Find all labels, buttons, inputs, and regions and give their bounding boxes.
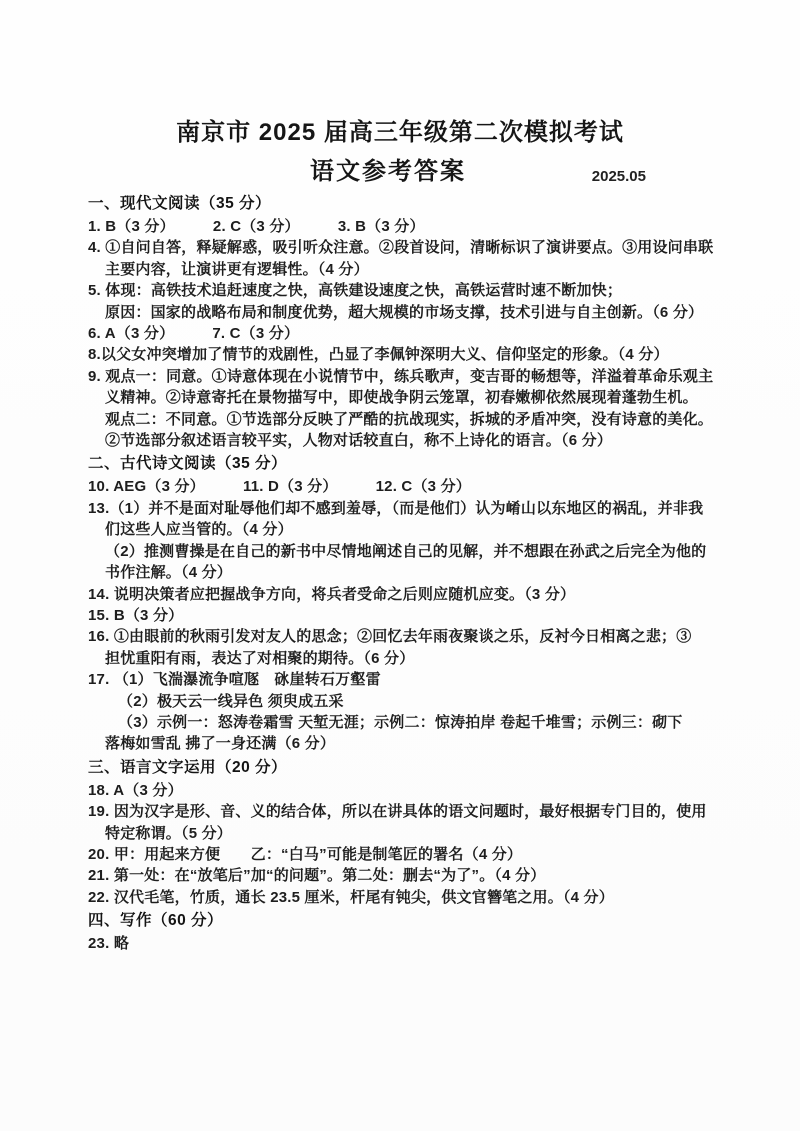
answer-line: 担忧重阳有雨，表达了对相聚的期待。（6 分） — [88, 648, 728, 669]
answer-line: 们这些人应当管的。（4 分） — [88, 519, 728, 540]
answer-line: 19. 因为汉字是形、音、义的结合体，所以在讲具体的语文问题时，最好根据专门目的… — [88, 801, 728, 822]
answer-line: 17. （1）飞湍瀑流争喧豗 砯崖转石万壑雷 — [88, 669, 728, 690]
document-header: 南京市 2025 届高三年级第二次模拟考试 语文参考答案 2025.05 — [88, 0, 712, 185]
answer-line: 6. A（3 分） 7. C（3 分） — [88, 323, 728, 344]
answer-line: 22. 汉代毛笔，竹质，通长 23.5 厘米，杆尾有钝尖，供文官簪笔之用。（4 … — [88, 887, 728, 908]
answer-line: 8.以父女冲突增加了情节的戏剧性，凸显了李佩钟深明大义、信仰坚定的形象。（4 分… — [88, 344, 728, 365]
section-heading: 二、古代诗文阅读（35 分） — [88, 453, 728, 475]
answer-line: 16. ①由眼前的秋雨引发对友人的思念；②回忆去年雨夜聚谈之乐，反衬今日相离之悲… — [88, 626, 728, 647]
answer-line: 主要内容，让演讲更有逻辑性。（4 分） — [88, 259, 728, 280]
answer-line: ②节选部分叙述语言较平实，人物对话较直白，称不上诗化的语言。（6 分） — [88, 430, 728, 451]
answers-body: 一、现代文阅读（35 分）1. B（3 分） 2. C（3 分） 3. B（3 … — [88, 193, 728, 955]
answer-line: （3）示例一：怒涛卷霜雪 天堑无涯；示例二：惊涛拍岸 卷起千堆雪；示例三：砌下 — [88, 712, 728, 733]
answer-line: 13.（1）并不是面对耻辱他们却不感到羞辱，（而是他们）认为崤山以东地区的祸乱，… — [88, 498, 728, 519]
answer-line: 4. ①自问自答，释疑解惑，吸引听众注意。②段首设问，清晰标识了演讲要点。③用设… — [88, 237, 728, 258]
answer-line: 21. 第一处：在“放笔后”加“的问题”。第二处：删去“为了”。（4 分） — [88, 865, 728, 886]
answer-line: 9. 观点一：同意。①诗意体现在小说情节中，练兵歌声，变吉哥的畅想等，洋溢着革命… — [88, 366, 728, 387]
section-heading: 一、现代文阅读（35 分） — [88, 193, 728, 215]
answer-line: （2）推测曹操是在自己的新书中尽情地阐述自己的见解，并不想跟在孙武之后完全为他的 — [88, 541, 728, 562]
answer-line: 23. 略 — [88, 933, 728, 954]
answer-line: 义精神。②诗意寄托在景物描写中，即使战争阴云笼罩，初春嫩柳依然展现着蓬勃生机。 — [88, 387, 728, 408]
answer-line: 15. B（3 分） — [88, 605, 728, 626]
document-title: 南京市 2025 届高三年级第二次模拟考试 — [88, 112, 712, 147]
section-heading: 三、语言文字运用（20 分） — [88, 757, 728, 779]
answer-line: （2）极天云一线异色 须臾成五采 — [88, 691, 728, 712]
answer-line: 1. B（3 分） 2. C（3 分） 3. B（3 分） — [88, 216, 728, 237]
answer-line: 原因：国家的战略布局和制度优势，超大规模的市场支撑，技术引进与自主创新。（6 分… — [88, 302, 728, 323]
answer-line: 观点二：不同意。①节选部分反映了严酷的抗战现实，拆城的矛盾冲突，没有诗意的美化。 — [88, 409, 728, 430]
answer-line: 18. A（3 分） — [88, 780, 728, 801]
answer-line: 落梅如雪乱 拂了一身还满（6 分） — [88, 733, 728, 754]
scanned-answer-sheet: 南京市 2025 届高三年级第二次模拟考试 语文参考答案 2025.05 一、现… — [0, 0, 800, 1131]
answer-line: 14. 说明决策者应把握战争方向，将兵者受命之后则应随机应变。（3 分） — [88, 584, 728, 605]
answer-line: 20. 甲：用起来方便 乙：“白马”可能是制笔匠的署名（4 分） — [88, 844, 728, 865]
answer-line: 5. 体现：高铁技术追赶速度之快，高铁建设速度之快，高铁运营时速不断加快； — [88, 280, 728, 301]
answer-line: 10. AEG（3 分） 11. D（3 分） 12. C（3 分） — [88, 476, 728, 497]
section-heading: 四、写作（60 分） — [88, 910, 728, 932]
subtitle-row: 语文参考答案 2025.05 — [88, 151, 712, 185]
document-date: 2025.05 — [592, 168, 646, 185]
answer-line: 特定称谓。（5 分） — [88, 823, 728, 844]
answer-line: 书作注解。（4 分） — [88, 562, 728, 583]
